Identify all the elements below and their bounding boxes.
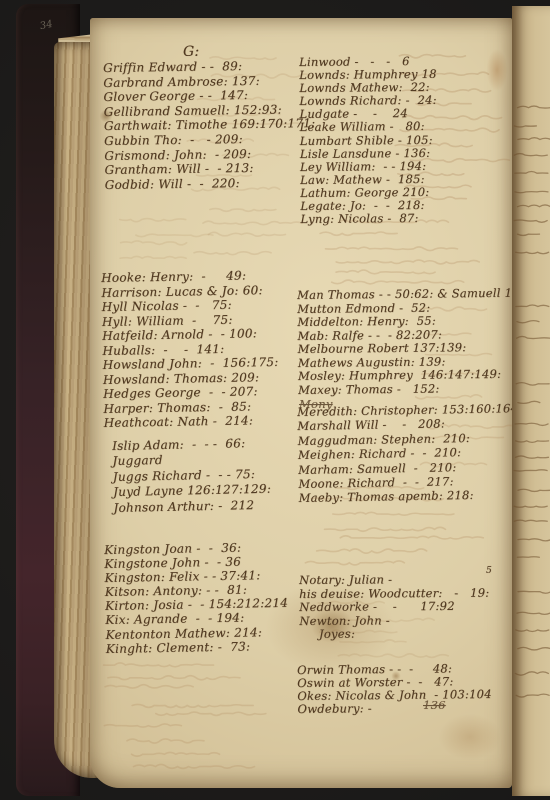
facing-page-edge [512,6,550,796]
index-block-m-upper: Man Thomas - - 50:62: & Samuell 193:Mutt… [297,287,532,397]
index-block-o: Orwin Thomas - - - 48:Oswin at Worster -… [297,662,492,716]
index-entry: Hatfeild: Arnold - - 100: [102,326,278,344]
index-block-l: Linwood - - - 6Lownds: Humphrey 18Lownds… [299,55,438,226]
struck-number: 136 [423,698,446,712]
section-heading-g: G: [183,44,199,60]
index-entry: Godbid: Will - - 220: [105,175,317,193]
index-entry: Hedges George - - 207: [103,384,279,402]
index-entry: Maxey: Thomas - 152: [298,381,532,397]
stain-bottom-right [428,706,512,768]
index-entry: Neddworke - - 17:92 [299,600,489,615]
superscript-five: 5 [486,566,492,576]
stain-top-right [483,42,511,98]
index-entry: Joyes: [299,627,489,642]
index-block-h: Hooke: Henry: - 49:Harrison: Lucas & Jo:… [101,268,280,431]
index-entry: Lyng: Nicolas - 87: [300,212,438,226]
index-block-n: Notary: Julian -his deuise: Woodcutter: … [299,573,490,642]
index-entry: Newton: John - [299,613,489,628]
crossed-out-word: Mony [299,397,333,411]
index-entry: Kinght: Clement: - 73: [106,638,289,655]
facing-page-writing [512,6,550,796]
manuscript-photo: 34 G: Griffin Edward - - 89:Garbrand Amb… [0,0,550,800]
index-entry: Harrison: Lucas & Jo: 60: [101,282,277,300]
manuscript-page: G: Griffin Edward - - 89:Garbrand Ambros… [90,18,512,788]
index-block-j: Islip Adam: - - - 66:JuggardJuggs Richar… [112,436,272,516]
index-entry: Heathcoat: Nath - 214: [104,413,280,431]
index-block-m-lower: Meredith: Christopher: 153:160:164Marsha… [297,401,520,506]
index-entry: Owdebury: - [297,701,492,716]
index-entry: Johnson Arthur: - 212 [113,497,271,516]
index-block-k: Kingston Joan - - 36:Kingstone John - - … [104,540,289,656]
index-entry: Garthwait: Timothe 169:170:171: [104,116,316,134]
index-block-g: Griffin Edward - - 89:Garbrand Ambrose: … [103,58,316,192]
index-entry: Maeby: Thomas apemb: 218: [299,488,520,506]
